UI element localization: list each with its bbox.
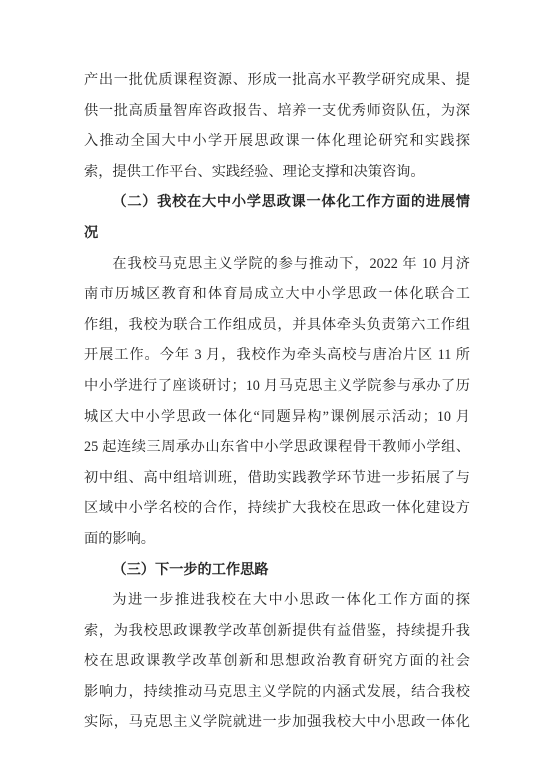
text-line: 中小学进行了座谈研讨；10 月马克思主义学院参与承办了历 xyxy=(84,371,470,402)
document-page: 产出一批优质课程资源、形成一批高水平教学研究成果、提 供一批高质量智库咨政报告、… xyxy=(0,0,554,783)
text-block: 产出一批优质课程资源、形成一批高水平教学研究成果、提 供一批高质量智库咨政报告、… xyxy=(84,65,470,738)
text-line: 索，提供工作平台、实践经验、理论支撑和决策咨询。 xyxy=(84,157,470,188)
text-line: 初中组、高中组培训班，借助实践教学环节进一步拓展了与 xyxy=(84,463,470,494)
text-line: 为进一步推进我校在大中小思政一体化工作方面的探 xyxy=(84,585,470,616)
section-heading-2: （二）我校在大中小学思政课一体化工作方面的进展情 xyxy=(84,187,470,218)
text-line: 供一批高质量智库咨政报告、培养一支优秀师资队伍，为深 xyxy=(84,96,470,127)
text-line: 入推动全国大中小学开展思政课一体化理论研究和实践探 xyxy=(84,126,470,157)
text-line: 面的影响。 xyxy=(84,524,470,555)
text-line: 实际，马克思主义学院就进一步加强我校大中小思政一体化 xyxy=(84,707,470,738)
section-heading-2-continued: 况 xyxy=(84,218,470,249)
text-line: 产出一批优质课程资源、形成一批高水平教学研究成果、提 xyxy=(84,65,470,96)
text-line: 索，为我校思政课教学改革创新提供有益借鉴，持续提升我 xyxy=(84,616,470,647)
section-heading-3: （三）下一步的工作思路 xyxy=(84,555,470,586)
text-line: 影响力，持续推动马克思主义学院的内涵式发展，结合我校 xyxy=(84,677,470,708)
text-line: 在我校马克思主义学院的参与推动下，2022 年 10 月济 xyxy=(84,249,470,280)
text-line: 区域中小学名校的合作，持续扩大我校在思政一体化建设方 xyxy=(84,493,470,524)
text-line: 作组，我校为联合工作组成员，并具体牵头负责第六工作组 xyxy=(84,310,470,341)
text-line: 25 起连续三周承办山东省中小学思政课程骨干教师小学组、 xyxy=(84,432,470,463)
text-line: 校在思政课教学改革创新和思想政治教育研究方面的社会 xyxy=(84,646,470,677)
text-line: 南市历城区教育和体育局成立大中小学思政一体化联合工 xyxy=(84,279,470,310)
text-line: 开展工作。今年 3 月，我校作为牵头高校与唐冶片区 11 所 xyxy=(84,340,470,371)
text-line: 城区大中小学思政一体化“同题异构”课例展示活动；10 月 xyxy=(84,402,470,433)
